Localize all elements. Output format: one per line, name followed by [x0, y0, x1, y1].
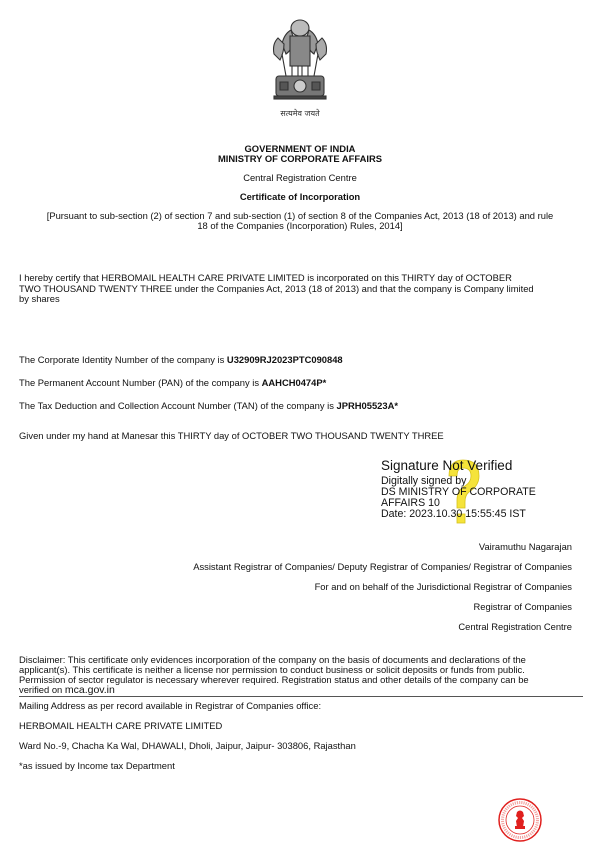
- mailing-label: Mailing Address as per record available …: [19, 700, 321, 711]
- registrar-name: Vairamuthu Nagarajan: [479, 541, 572, 552]
- mailing-company: HERBOMAIL HEALTH CARE PRIVATE LIMITED: [19, 720, 222, 731]
- tan-label: The Tax Deduction and Collection Account…: [19, 400, 337, 411]
- pan-line: The Permanent Account Number (PAN) of th…: [19, 377, 326, 388]
- header-centre: Central Registration Centre: [0, 172, 600, 183]
- cin-line: The Corporate Identity Number of the com…: [19, 354, 343, 365]
- signature-date: Date: 2023.10.30 15:55:45 IST: [381, 509, 581, 520]
- registrar-office: Registrar of Companies: [474, 601, 572, 612]
- given-under-hand: Given under my hand at Manesar this THIR…: [19, 430, 444, 441]
- cin-value: U32909RJ2023PTC090848: [227, 354, 343, 365]
- pan-footnote: *as issued by Income tax Department: [19, 760, 175, 771]
- divider: [19, 696, 583, 697]
- tan-value: JPRH05523A*: [337, 400, 399, 411]
- tan-line: The Tax Deduction and Collection Account…: [19, 400, 398, 411]
- mailing-address: Ward No.-9, Chacha Ka Wal, DHAWALI, Dhol…: [19, 740, 356, 751]
- digital-signature-block[interactable]: Signature Not Verified Digitally signed …: [381, 458, 581, 520]
- pan-value: AAHCH0474P*: [262, 377, 327, 388]
- registrar-designation: Assistant Registrar of Companies/ Deputy…: [193, 561, 572, 572]
- cin-label: The Corporate Identity Number of the com…: [19, 354, 227, 365]
- disclaimer-line-4: verified on mca.gov.in: [19, 684, 115, 696]
- page-title: Certificate of Incorporation: [0, 191, 600, 202]
- pursuant-line-2: 18 of the Companies (Incorporation) Rule…: [0, 220, 600, 231]
- certify-line-2: TWO THOUSAND TWENTY THREE under the Comp…: [19, 283, 534, 294]
- registrar-centre: Central Registration Centre: [458, 621, 572, 632]
- state-emblem-of-india-icon: [262, 10, 338, 120]
- signature-status: Signature Not Verified: [381, 458, 581, 473]
- header-ministry: MINISTRY OF CORPORATE AFFAIRS: [0, 153, 600, 164]
- certify-line-3: by shares: [19, 293, 60, 304]
- disclaimer-verify-text: verified on: [19, 684, 65, 695]
- pan-label: The Permanent Account Number (PAN) of th…: [19, 377, 262, 388]
- emblem-motto: सत्यमेव जयते: [262, 108, 338, 119]
- registrar-behalf: For and on behalf of the Jurisdictional …: [315, 581, 572, 592]
- mca-link[interactable]: mca.gov.in: [65, 684, 115, 696]
- office-seal-icon: [497, 797, 543, 843]
- certify-line-1: I hereby certify that HERBOMAIL HEALTH C…: [19, 272, 512, 283]
